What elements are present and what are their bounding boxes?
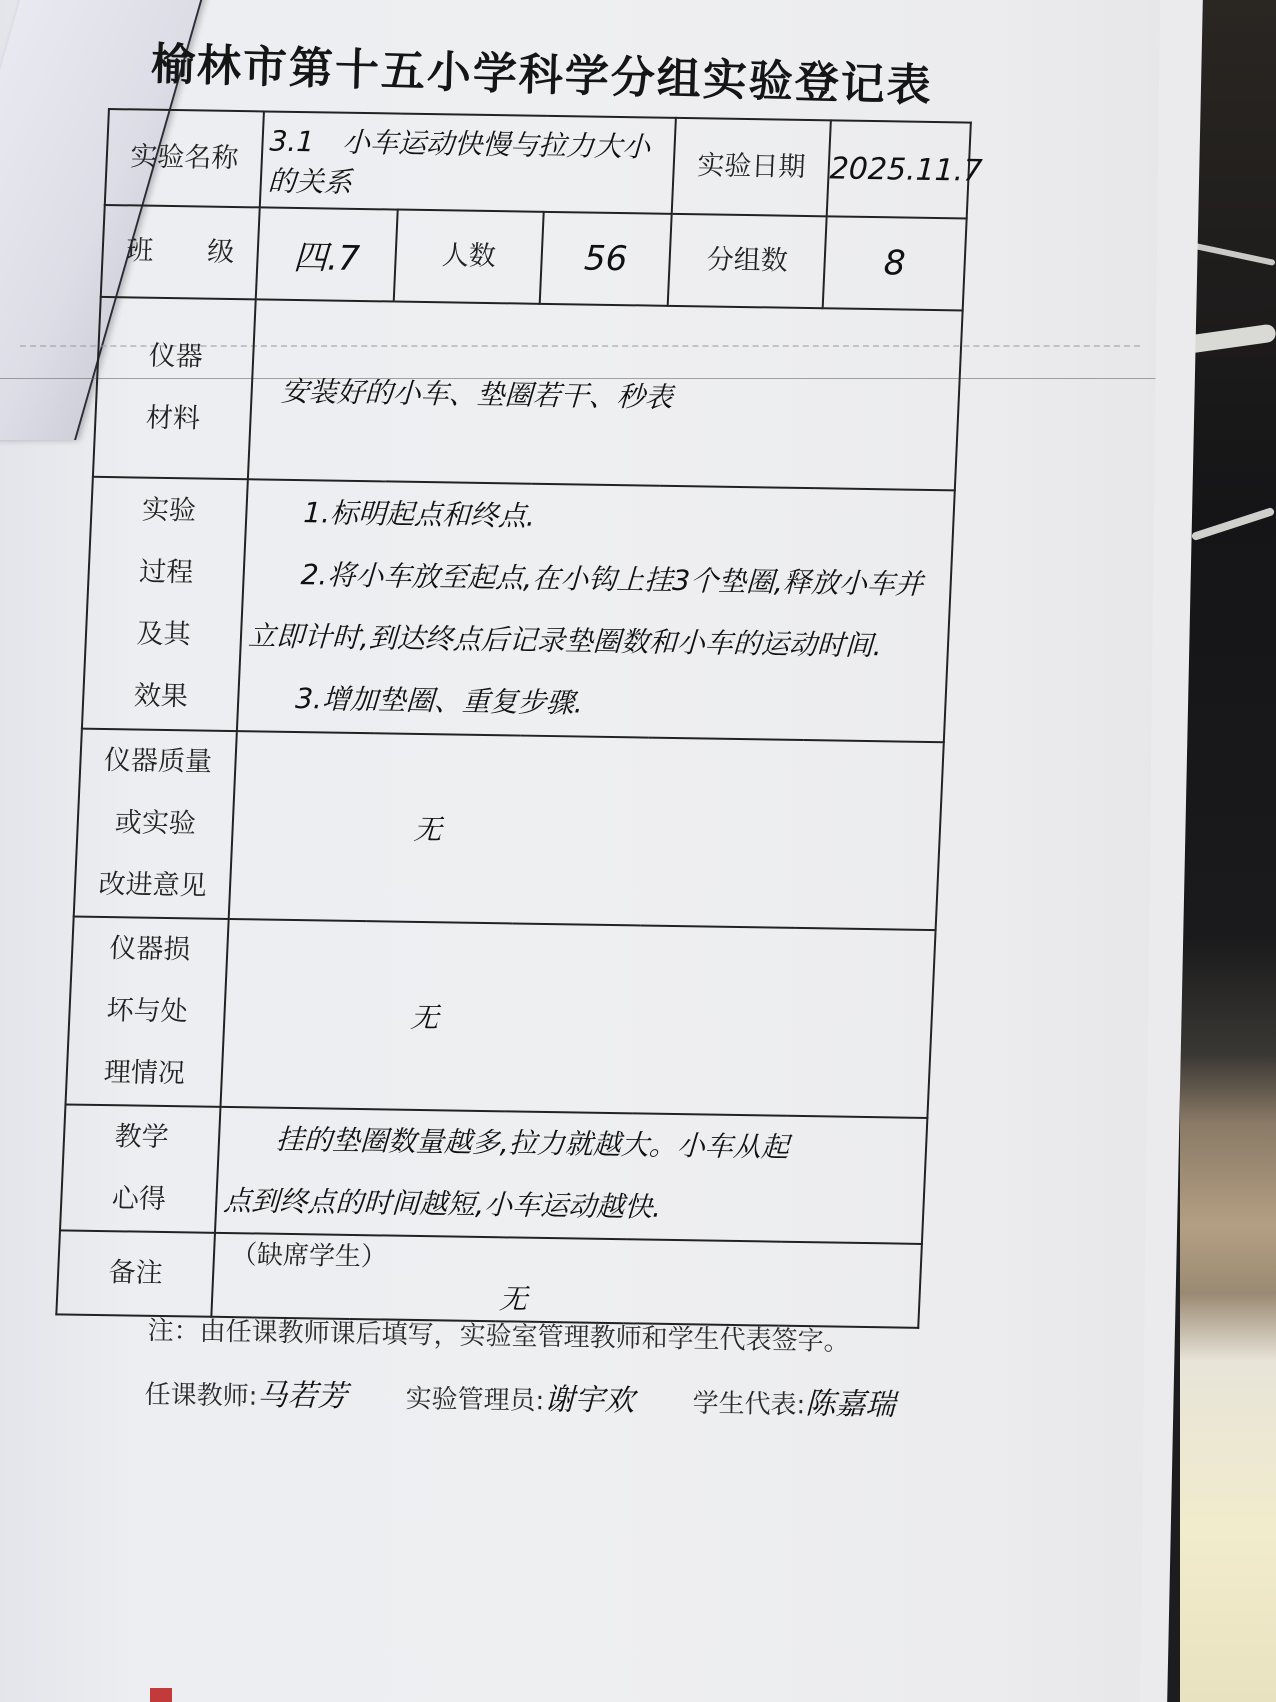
row-damage: 仪器损 坏与处 理情况 无 [65,917,935,1118]
admin-label: 实验管理员: [405,1384,544,1416]
signature-row: 任课教师:马若芳 实验管理员:谢宇欢 学生代表:陈嘉瑞 [144,1368,895,1424]
value-process: 1.标明起点和终点. 2.将小车放至起点,在小钩上挂3个垫圈,释放小车并 立即计… [237,479,955,742]
value-experiment-date: 2025.11.7 [827,120,971,218]
value-student-count: 56 [540,212,672,306]
teacher-label: 任课教师: [144,1380,257,1412]
label-reflection: 教学 心得 [60,1104,220,1232]
label-class: 班 级 [101,205,260,299]
process-step: 1.标明起点和终点. [252,481,946,554]
student-signature: 陈嘉瑞 [805,1386,896,1422]
label-process: 实验 过程 及其 效果 [82,477,248,731]
label-experiment-date: 实验日期 [672,118,831,216]
row-class-info: 班 级 四.7 人数 56 分组数 8 [101,205,967,310]
value-reflection: 挂的垫圈数量越多,拉力就越大。小车从起 点到终点的时间越短,小车运动越快. [215,1107,927,1244]
row-quality: 仪器质量 或实验 改进意见 无 [74,729,944,930]
admin-signature: 谢宇欢 [544,1382,635,1418]
row-reflection: 教学 心得 挂的垫圈数量越多,拉力就越大。小车从起 点到终点的时间越短,小车运动… [60,1104,927,1243]
reflection-line: 挂的垫圈数量越多,拉力就越大。小车从起 [225,1108,919,1181]
process-step: 立即计时,到达终点后记录垫圈数和小车的运动时间. [247,605,941,678]
row-experiment-name: 实验名称 3.1 小车运动快慢与拉力大小的关系 实验日期 2025.11.7 [105,109,971,218]
experiment-form-table: 实验名称 3.1 小车运动快慢与拉力大小的关系 实验日期 2025.11.7 班… [55,108,970,1329]
label-equipment: 仪器 材料 [93,297,256,479]
background-red-object [150,1688,172,1702]
registration-form-paper: 榆林市第十五小学科学分组实验登记表 实验名称 3.1 小车运动快慢与拉力大小的关… [0,0,1160,1702]
value-class: 四.7 [256,207,398,301]
process-step: 3.增加垫圈、重复步骤. [244,667,938,740]
label-damage: 仪器损 坏与处 理情况 [65,917,228,1107]
label-experiment-name: 实验名称 [105,109,264,207]
student-label: 学生代表: [692,1389,805,1421]
label-group-count: 分组数 [668,214,827,308]
process-step: 2.将小车放至起点,在小钩上挂3个垫圈,释放小车并 [249,543,943,616]
form-title: 榆林市第十五小学科学分组实验登记表 [150,28,951,114]
value-experiment-name: 3.1 小车运动快慢与拉力大小的关系 [260,111,676,213]
value-quality: 无 [229,731,944,930]
label-student-count: 人数 [394,210,544,304]
teacher-signature: 马若芳 [257,1378,348,1414]
value-damage: 无 [220,919,935,1118]
row-process: 实验 过程 及其 效果 1.标明起点和终点. 2.将小车放至起点,在小钩上挂3个… [82,477,955,742]
label-remarks: 备注 [56,1230,215,1316]
value-equipment: 安装好的小车、垫圈若干、秒表 [248,299,963,490]
row-equipment: 仪器 材料 安装好的小车、垫圈若干、秒表 [93,297,963,490]
label-quality: 仪器质量 或实验 改进意见 [74,729,237,919]
value-group-count: 8 [823,216,967,310]
reflection-line: 点到终点的时间越短,小车运动越快. [222,1170,916,1243]
